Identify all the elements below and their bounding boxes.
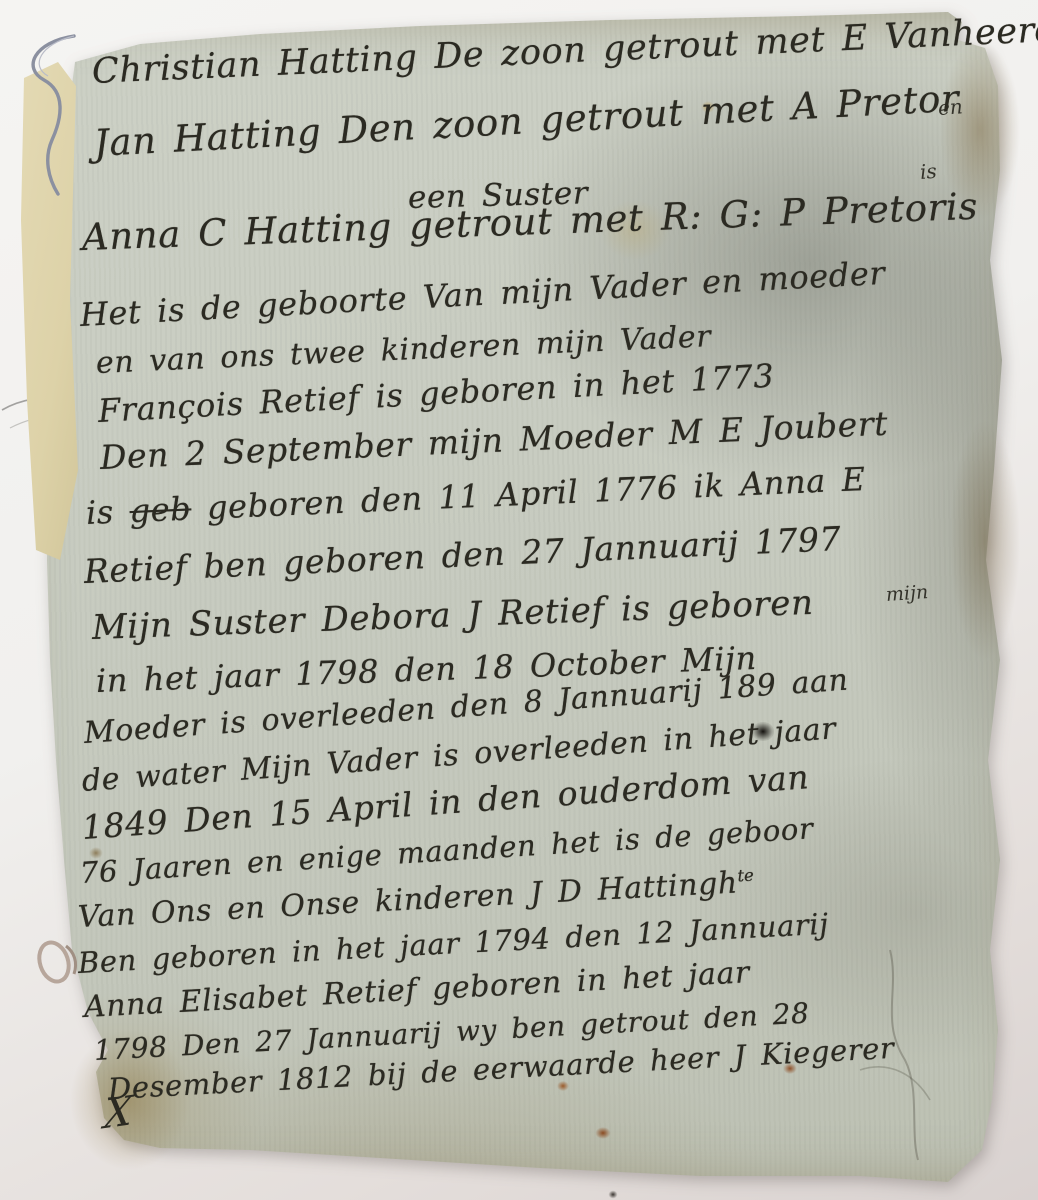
- flourish-mark: X: [102, 1088, 133, 1139]
- superscript-te: te: [737, 866, 754, 886]
- scanned-manuscript-image: Christian Hatting De zoon getrout met E …: [0, 0, 1038, 1200]
- binding-wire-icon: [14, 28, 94, 198]
- struck-word: geb: [129, 489, 192, 530]
- interline-word-mijn: mijn: [885, 581, 929, 606]
- interline-word-is: is: [919, 159, 937, 184]
- line-9-segment: is: [85, 492, 130, 532]
